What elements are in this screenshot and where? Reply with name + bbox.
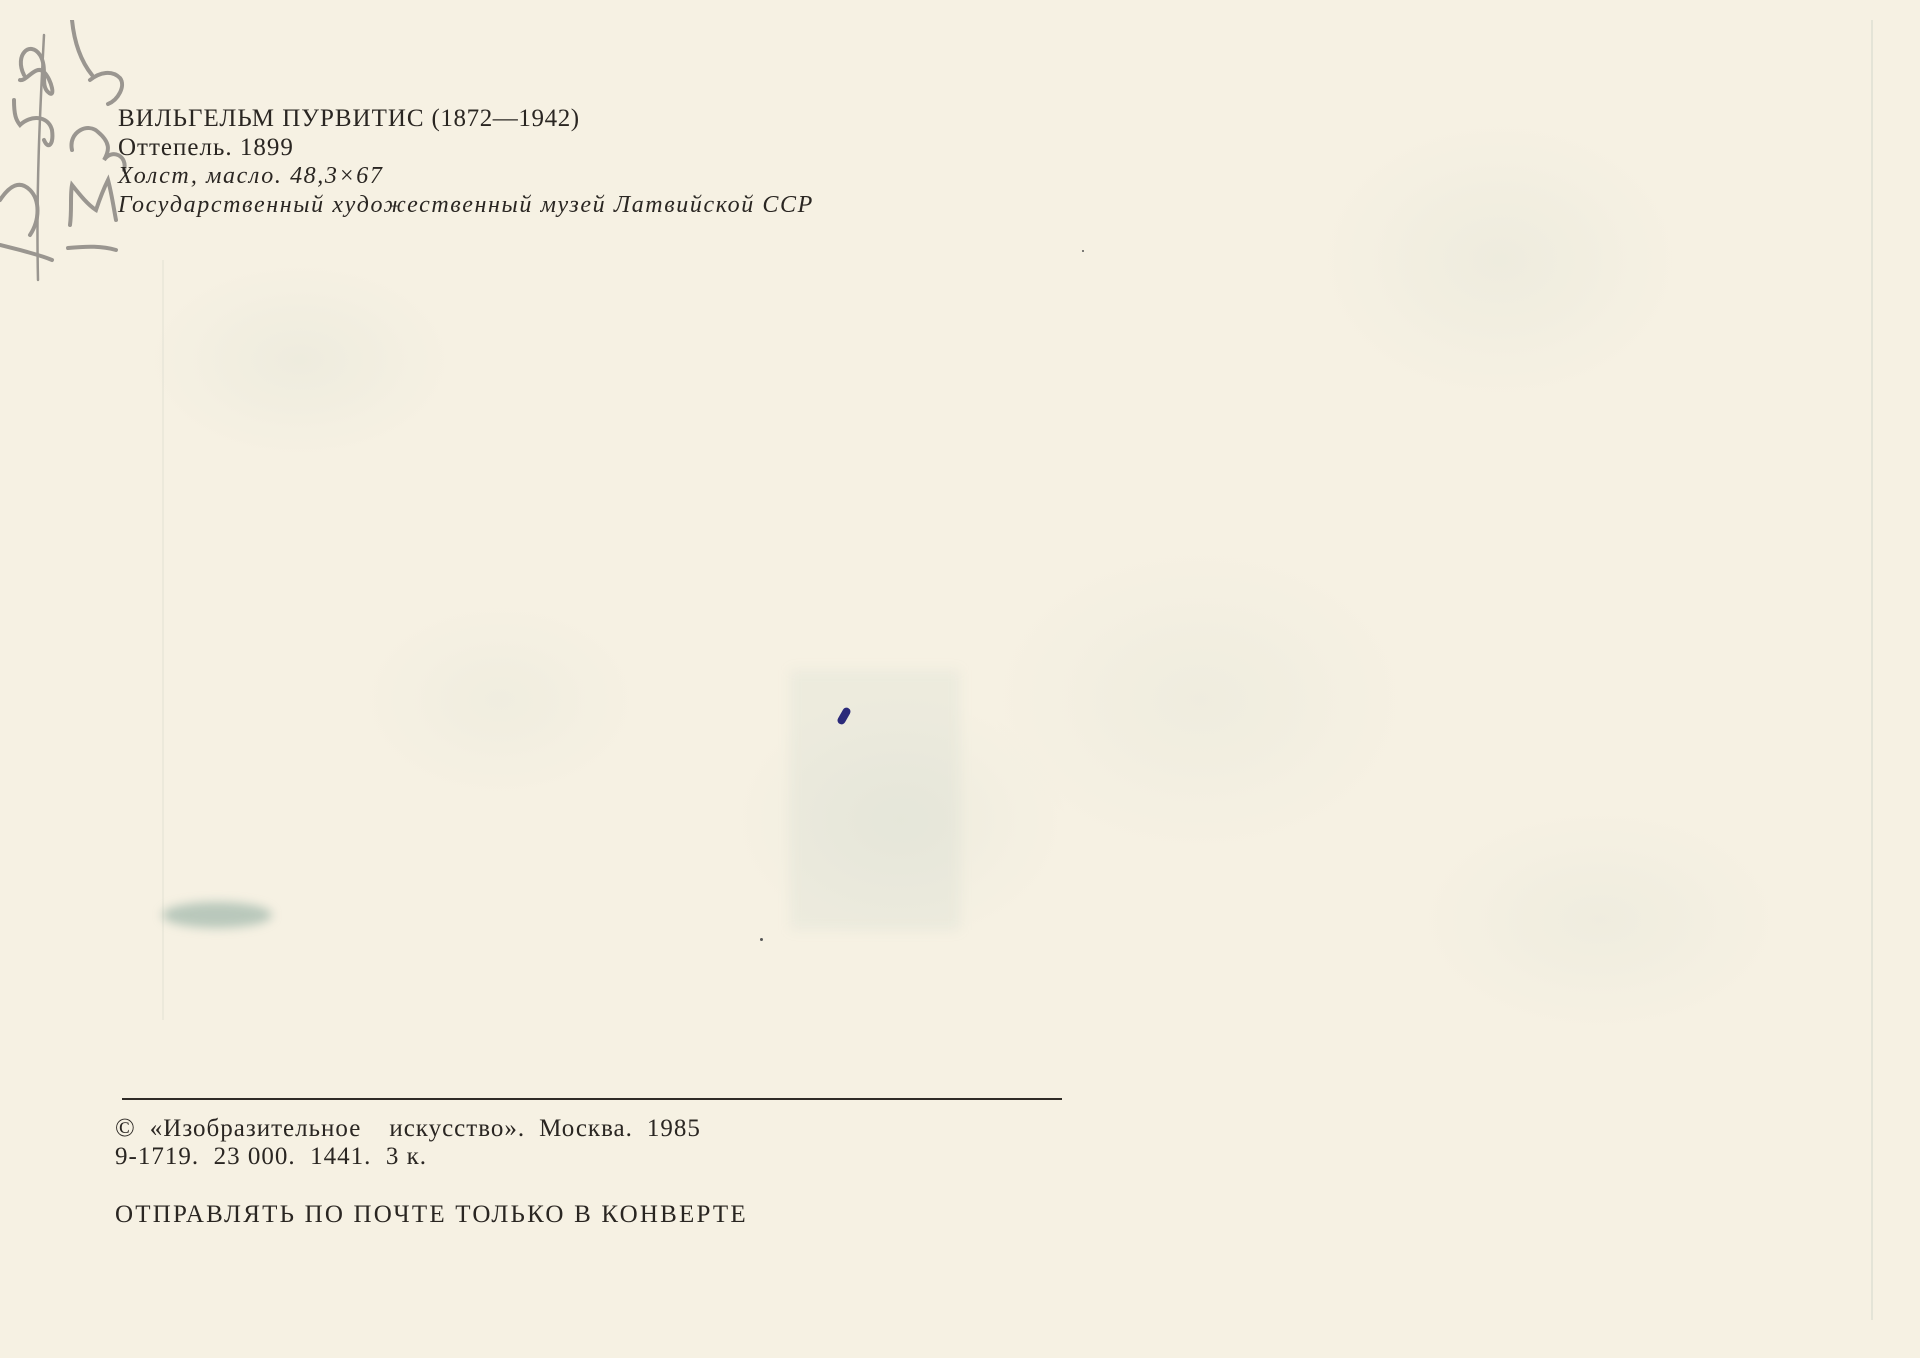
- publisher-name: «Изобразительное: [150, 1115, 362, 1142]
- faint-edge-line: [1871, 20, 1873, 1320]
- publication-year: 1985: [647, 1115, 701, 1142]
- artwork-medium: Холст, масло.: [118, 163, 282, 189]
- artwork-caption: ВИЛЬГЕЛЬМ ПУРВИТИС (1872—1942) Оттепель.…: [118, 104, 814, 220]
- artwork-title: Оттепель.: [118, 134, 233, 161]
- artwork-title-line: Оттепель. 1899: [118, 133, 814, 162]
- artist-years: (1872—1942): [431, 105, 579, 132]
- mailing-instruction: ОТПРАВЛЯТЬ ПО ПОЧТЕ ТОЛЬКО В КОНВЕРТЕ: [115, 1199, 748, 1231]
- speck: [760, 938, 763, 941]
- publisher-city: Москва.: [539, 1115, 633, 1142]
- divider-rule: [122, 1098, 1062, 1100]
- publisher-imprint: ©«Изобразительноеискусство».Москва.1985 …: [115, 1113, 701, 1171]
- medium-line: Холст, масло. 48,3×67: [118, 162, 814, 191]
- artwork-year: 1899: [240, 134, 294, 161]
- ink-smudge: [162, 902, 272, 928]
- artist-name: ВИЛЬГЕЛЬМ ПУРВИТИС: [118, 105, 425, 132]
- collection-line: Государственный художественный музей Лат…: [118, 191, 814, 220]
- artwork-dimensions: 48,3×67: [290, 163, 383, 189]
- artist-line: ВИЛЬГЕЛЬМ ПУРВИТИС (1872—1942): [118, 104, 814, 133]
- copyright-icon: ©: [115, 1113, 136, 1142]
- print-codes: 9-1719. 23 000. 1441. 3 к.: [115, 1142, 701, 1171]
- publisher-name-2: искусство».: [389, 1115, 525, 1142]
- print-show-through: [790, 670, 960, 930]
- faint-left-line: [162, 260, 164, 1020]
- speck: [1082, 250, 1084, 252]
- copyright-line: ©«Изобразительноеискусство».Москва.1985: [115, 1113, 701, 1142]
